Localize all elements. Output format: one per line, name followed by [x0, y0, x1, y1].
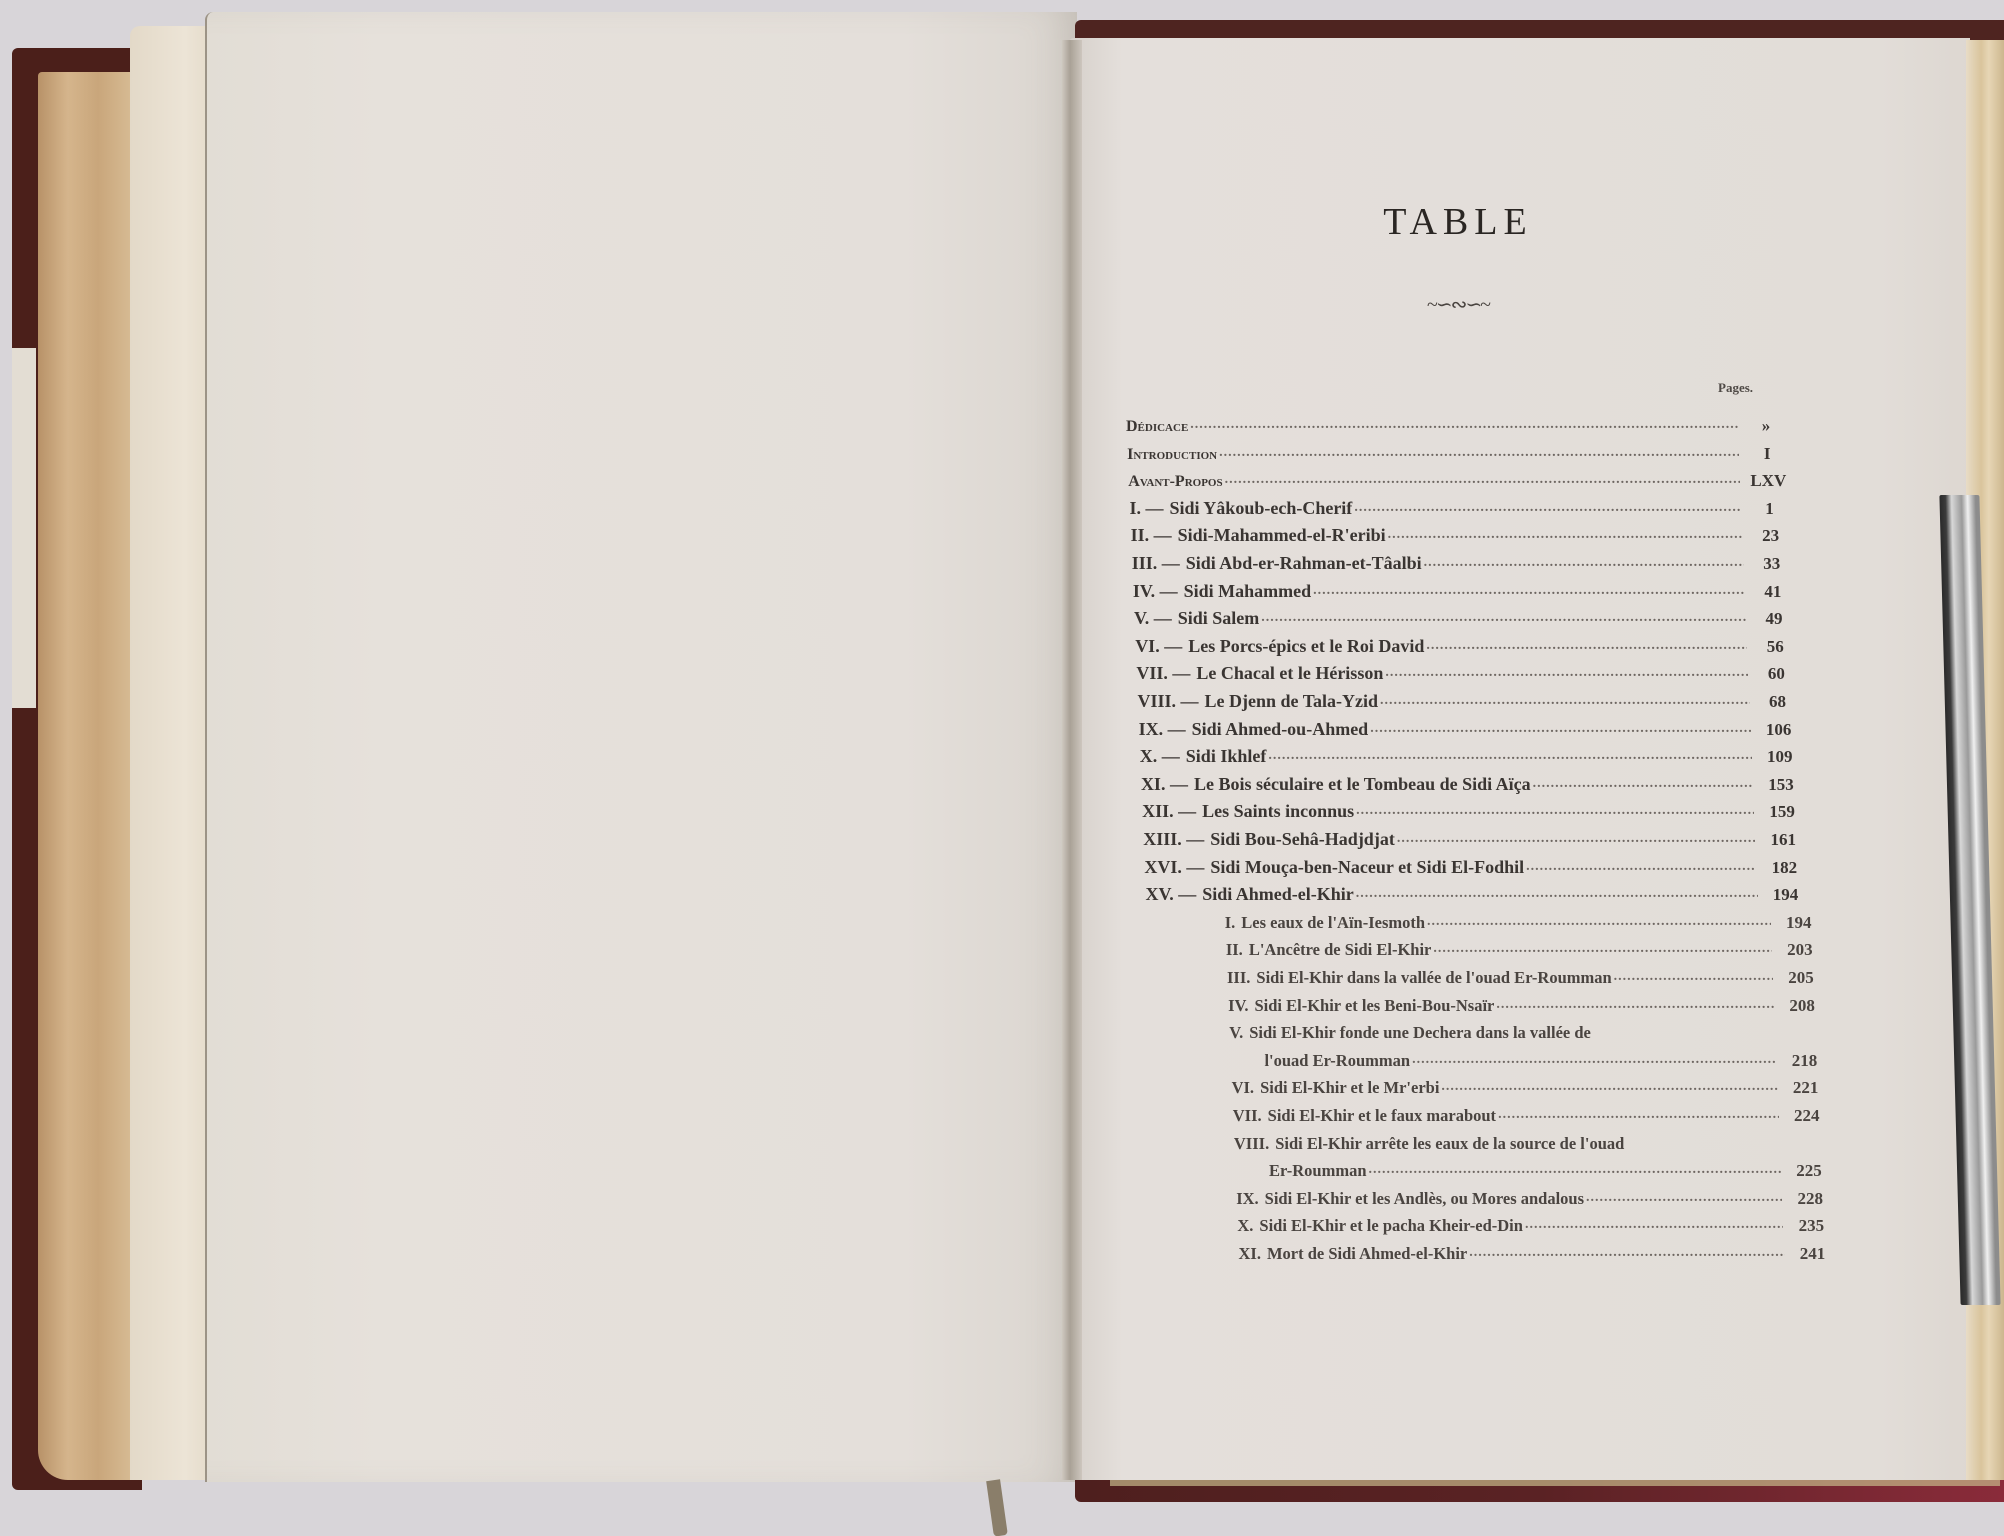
toc-entry-title: X.Sidi El-Khir et le pacha Kheir-ed-Din	[1237, 1216, 1523, 1236]
page-number: 203	[1776, 940, 1824, 960]
chapter-number: VIII. —	[1138, 691, 1199, 711]
page-number: 235	[1787, 1216, 1835, 1236]
dot-leader	[1313, 583, 1745, 599]
toc-entry: I.Les eaux de l'Aïn-Iesmoth194	[1225, 907, 1823, 933]
toc-entry-title: IX.Sidi El-Khir et les Andlès, ou Mores …	[1236, 1189, 1584, 1209]
toc-entry-title: VIII. —Le Djenn de Tala-Yzid	[1138, 691, 1379, 712]
page-number: 109	[1756, 747, 1804, 767]
chapter-number: III.	[1227, 968, 1250, 987]
page-number: 33	[1748, 554, 1796, 574]
page-number: 153	[1757, 775, 1805, 795]
chapter-title: Sidi Salem	[1178, 608, 1260, 628]
dot-leader	[1190, 417, 1738, 433]
chapter-number: XIII. —	[1143, 829, 1204, 849]
dot-leader	[1385, 665, 1748, 681]
chapter-number: IV.	[1228, 996, 1248, 1015]
toc-entry: VII. —Le Chacal et le Hérisson60	[1136, 658, 1800, 684]
chapter-number: IX.	[1236, 1189, 1258, 1208]
toc-entry-title: III. —Sidi Abd-er-Rahman-et-Tâalbi	[1132, 553, 1422, 574]
chapter-number: XII. —	[1142, 801, 1196, 821]
dot-leader	[1498, 1107, 1779, 1123]
toc-entry: Avant-ProposLXV	[1128, 465, 1792, 491]
chapter-number: III. —	[1132, 553, 1180, 573]
chapter-title: l'ouad Er-Roumman	[1264, 1051, 1410, 1070]
toc-entry: Dédicace»	[1126, 410, 1790, 436]
toc-entry-title: III.Sidi El-Khir dans la vallée de l'oua…	[1227, 968, 1612, 988]
ornament-divider: ~∽∾∽~	[1068, 292, 1848, 317]
chapter-title: Sidi Ikhlef	[1186, 746, 1267, 766]
toc-entry: VII.Sidi El-Khir et le faux marabout224	[1233, 1100, 1831, 1126]
toc-entry: IntroductionI	[1127, 438, 1791, 464]
chapter-title: Le Chacal et le Hérisson	[1196, 663, 1383, 683]
dot-leader	[1526, 859, 1756, 875]
chapter-title: Sidi Yâkoub-ech-Cherif	[1169, 498, 1352, 518]
toc-entry-title: XIII. —Sidi Bou-Sehâ-Hadjdjat	[1143, 829, 1395, 850]
toc-entry-title: I.Les eaux de l'Aïn-Iesmoth	[1225, 913, 1425, 933]
chapter-title: Sidi Mouça-ben-Naceur et Sidi El-Fodhil	[1210, 857, 1524, 877]
dot-leader	[1441, 1079, 1777, 1095]
dot-leader	[1525, 1217, 1783, 1233]
dot-leader	[1426, 638, 1747, 654]
bottom-gilt-edge	[1110, 1480, 2000, 1486]
pages-column-header: Pages.	[1718, 380, 1753, 396]
page-number: 182	[1760, 858, 1808, 878]
toc-entry: VIII.Sidi El-Khir arrête les eaux de la …	[1234, 1128, 1832, 1154]
toc-entry-title: XVI. —Sidi Mouça-ben-Naceur et Sidi El-F…	[1144, 857, 1524, 878]
dot-leader	[1427, 914, 1771, 930]
chapter-title: Sidi Ahmed-el-Khir	[1202, 884, 1354, 904]
page-number: LXV	[1744, 471, 1792, 491]
page-number: »	[1742, 416, 1790, 436]
chapter-title: Sidi El-Khir et le faux marabout	[1268, 1106, 1496, 1125]
toc-entry-title: VII.Sidi El-Khir et le faux marabout	[1233, 1106, 1496, 1126]
chapter-title: Sidi El-Khir et le Mr'erbi	[1260, 1078, 1439, 1097]
page-number: 106	[1755, 720, 1803, 740]
page-number: 194	[1775, 913, 1823, 933]
chapter-title: Avant-Propos	[1128, 473, 1222, 490]
toc-entry: V.Sidi El-Khir fonde une Dechera dans la…	[1229, 1017, 1827, 1043]
page-number: 225	[1785, 1161, 1833, 1181]
page-number: 228	[1786, 1189, 1834, 1209]
toc-entry: XII. —Les Saints inconnus159	[1142, 796, 1806, 822]
dot-leader	[1370, 721, 1750, 737]
left-page-edges	[38, 72, 138, 1480]
toc-entry-title: VII. —Le Chacal et le Hérisson	[1136, 663, 1383, 684]
chapter-title: Sidi El-Khir dans la vallée de l'ouad Er…	[1256, 968, 1611, 987]
page-number: 224	[1783, 1106, 1831, 1126]
dot-leader	[1356, 803, 1754, 819]
toc-entry: l'ouad Er-Roumman218	[1264, 1045, 1828, 1071]
page-number: 23	[1747, 526, 1795, 546]
dot-leader	[1424, 555, 1744, 571]
toc-entry: XI. —Le Bois séculaire et le Tombeau de …	[1141, 769, 1805, 795]
toc-entry-title: IV. —Sidi Mahammed	[1133, 581, 1311, 602]
chapter-title: Sidi El-Khir et les Andlès, ou Mores and…	[1265, 1189, 1584, 1208]
toc-entry: IX. —Sidi Ahmed-ou-Ahmed106	[1139, 714, 1803, 740]
toc-entry-title: XV. —Sidi Ahmed-el-Khir	[1146, 884, 1354, 905]
toc-entry-title: II.L'Ancêtre de Sidi El-Khir	[1226, 940, 1432, 960]
chapter-title: Er-Roumman	[1269, 1161, 1366, 1180]
chapter-number: XV. —	[1146, 884, 1197, 904]
dot-leader	[1469, 1245, 1784, 1261]
left-page-blank	[205, 12, 1077, 1482]
toc-entry: I. —Sidi Yâkoub-ech-Cherif1	[1129, 493, 1793, 519]
chapter-title: Les eaux de l'Aïn-Iesmoth	[1241, 913, 1425, 932]
chapter-title: Introduction	[1127, 446, 1217, 463]
toc-entry: V. —Sidi Salem49	[1134, 603, 1798, 629]
dot-leader	[1412, 1052, 1776, 1068]
chapter-title: Sidi Ahmed-ou-Ahmed	[1192, 719, 1369, 739]
chapter-title: Sidi El-Khir fonde une Dechera dans la v…	[1249, 1023, 1591, 1042]
chapter-title: Mort de Sidi Ahmed-el-Khir	[1267, 1244, 1467, 1263]
page-number: 208	[1778, 996, 1826, 1016]
dot-leader	[1388, 527, 1743, 543]
chapter-title: Sidi Abd-er-Rahman-et-Tâalbi	[1186, 553, 1422, 573]
dot-leader	[1380, 693, 1749, 709]
toc-entry: X.Sidi El-Khir et le pacha Kheir-ed-Din2…	[1237, 1210, 1835, 1236]
dot-leader	[1261, 610, 1746, 626]
toc-entry: Er-Roumman225	[1269, 1155, 1833, 1181]
toc-entry-title: V.Sidi El-Khir fonde une Dechera dans la…	[1229, 1023, 1591, 1043]
toc-entry-title: V. —Sidi Salem	[1134, 608, 1259, 629]
toc-entry-title: XI.Mort de Sidi Ahmed-el-Khir	[1239, 1244, 1468, 1264]
toc-entry-title: VIII.Sidi El-Khir arrête les eaux de la …	[1234, 1134, 1624, 1154]
page-number: 49	[1750, 609, 1798, 629]
chapter-title: L'Ancêtre de Sidi El-Khir	[1249, 940, 1432, 959]
chapter-number: V.	[1229, 1023, 1243, 1042]
toc-entry: XVI. —Sidi Mouça-ben-Naceur et Sidi El-F…	[1144, 852, 1808, 878]
toc-entry-title: IV.Sidi El-Khir et les Beni-Bou-Nsaïr	[1228, 996, 1494, 1016]
dot-leader	[1356, 886, 1758, 902]
dot-leader	[1219, 445, 1739, 461]
toc-entry-title: l'ouad Er-Roumman	[1264, 1051, 1410, 1071]
toc-entry: III.Sidi El-Khir dans la vallée de l'oua…	[1227, 962, 1825, 988]
toc-entry: XIII. —Sidi Bou-Sehâ-Hadjdjat161	[1143, 824, 1807, 850]
chapter-number: IX. —	[1139, 719, 1186, 739]
toc-entry: IX.Sidi El-Khir et les Andlès, ou Mores …	[1236, 1183, 1834, 1209]
page-number: I	[1743, 444, 1791, 464]
chapter-number: XI. —	[1141, 774, 1188, 794]
dot-leader	[1397, 831, 1755, 847]
dot-leader	[1586, 1190, 1782, 1206]
page-number: 68	[1754, 692, 1802, 712]
toc-entry-title: Avant-Propos	[1128, 470, 1222, 491]
page-title: TABLE	[1068, 200, 1848, 244]
chapter-number: V. —	[1134, 608, 1172, 628]
chapter-number: X.	[1237, 1216, 1253, 1235]
chapter-number: VI.	[1232, 1078, 1254, 1097]
chapter-number: XI.	[1239, 1244, 1261, 1263]
chapter-number: VII.	[1233, 1106, 1262, 1125]
chapter-number: IV. —	[1133, 581, 1178, 601]
toc-entry-title: XII. —Les Saints inconnus	[1142, 801, 1354, 822]
toc-entry: IV.Sidi El-Khir et les Beni-Bou-Nsaïr208	[1228, 990, 1826, 1016]
page-number: 1	[1745, 499, 1793, 519]
chapter-title: Le Djenn de Tala-Yzid	[1205, 691, 1379, 711]
page-number: 218	[1780, 1051, 1828, 1071]
toc-entry-title: XI. —Le Bois séculaire et le Tombeau de …	[1141, 774, 1531, 795]
page-number: 205	[1777, 968, 1825, 988]
chapter-title: Sidi Mahammed	[1184, 581, 1312, 601]
dot-leader	[1354, 500, 1741, 516]
page-number: 221	[1782, 1078, 1830, 1098]
dot-leader	[1225, 472, 1741, 488]
toc-entry: VI. —Les Porcs-épics et le Roi David56	[1135, 631, 1799, 657]
chapter-title: Sidi El-Khir arrête les eaux de la sourc…	[1275, 1134, 1624, 1153]
page-number: 60	[1752, 664, 1800, 684]
toc-entry: II.L'Ancêtre de Sidi El-Khir203	[1226, 934, 1824, 960]
toc-entry-title: Introduction	[1127, 443, 1217, 464]
chapter-number: II.	[1226, 940, 1243, 959]
page-number: 241	[1789, 1244, 1837, 1264]
chapter-number: VII. —	[1136, 663, 1190, 683]
toc-entry-title: II. —Sidi-Mahammed-el-R'eribi	[1131, 525, 1386, 546]
dot-leader	[1496, 997, 1774, 1013]
chapter-number: VI. —	[1135, 636, 1182, 656]
chapter-title: Sidi Bou-Sehâ-Hadjdjat	[1210, 829, 1395, 849]
toc-entry-title: Dédicace	[1126, 415, 1188, 436]
toc-entry-title: VI. —Les Porcs-épics et le Roi David	[1135, 636, 1424, 657]
chapter-title: Sidi El-Khir et le pacha Kheir-ed-Din	[1259, 1216, 1523, 1235]
chapter-title: Le Bois séculaire et le Tombeau de Sidi …	[1194, 774, 1531, 794]
chapter-title: Les Porcs-épics et le Roi David	[1188, 636, 1424, 656]
dot-leader	[1268, 748, 1751, 764]
chapter-number: I. —	[1129, 498, 1163, 518]
chapter-number: VIII.	[1234, 1134, 1269, 1153]
chapter-number: I.	[1225, 913, 1236, 932]
toc-entry-title: Er-Roumman	[1269, 1161, 1366, 1181]
toc-entry-title: I. —Sidi Yâkoub-ech-Cherif	[1129, 498, 1352, 519]
toc-entry-title: VI.Sidi El-Khir et le Mr'erbi	[1232, 1078, 1440, 1098]
chapter-title: Les Saints inconnus	[1202, 801, 1354, 821]
chapter-title: Dédicace	[1126, 418, 1188, 435]
chapter-title: Sidi-Mahammed-el-R'eribi	[1178, 525, 1386, 545]
toc-entry: X. —Sidi Ikhlef109	[1140, 741, 1804, 767]
toc-entry: IV. —Sidi Mahammed41	[1133, 576, 1797, 602]
toc-entry-title: X. —Sidi Ikhlef	[1140, 746, 1267, 767]
toc-entry: XV. —Sidi Ahmed-el-Khir194	[1146, 879, 1810, 905]
chapter-number: X. —	[1140, 746, 1180, 766]
page-number: 159	[1758, 802, 1806, 822]
dot-leader	[1433, 941, 1771, 957]
toc-entry: II. —Sidi-Mahammed-el-R'eribi23	[1131, 520, 1795, 546]
paper-slip	[12, 348, 36, 708]
page-number: 161	[1759, 830, 1807, 850]
toc-entry: VI.Sidi El-Khir et le Mr'erbi221	[1232, 1072, 1830, 1098]
bookmark-ribbon	[986, 1479, 1008, 1536]
chapter-title: Sidi El-Khir et les Beni-Bou-Nsaïr	[1254, 996, 1494, 1015]
page-number: 56	[1751, 637, 1799, 657]
toc-entry: XI.Mort de Sidi Ahmed-el-Khir241	[1239, 1238, 1837, 1264]
dot-leader	[1533, 776, 1753, 792]
page-number: 41	[1749, 582, 1797, 602]
dot-leader	[1369, 1162, 1782, 1178]
page-number: 194	[1762, 885, 1810, 905]
chapter-number: XVI. —	[1144, 857, 1204, 877]
chapter-number: II. —	[1131, 525, 1172, 545]
dot-leader	[1614, 969, 1773, 985]
toc-entry: VIII. —Le Djenn de Tala-Yzid68	[1138, 686, 1802, 712]
toc-entry: III. —Sidi Abd-er-Rahman-et-Tâalbi33	[1132, 548, 1796, 574]
toc-entry-title: IX. —Sidi Ahmed-ou-Ahmed	[1139, 719, 1369, 740]
book-gutter	[1062, 40, 1082, 1480]
